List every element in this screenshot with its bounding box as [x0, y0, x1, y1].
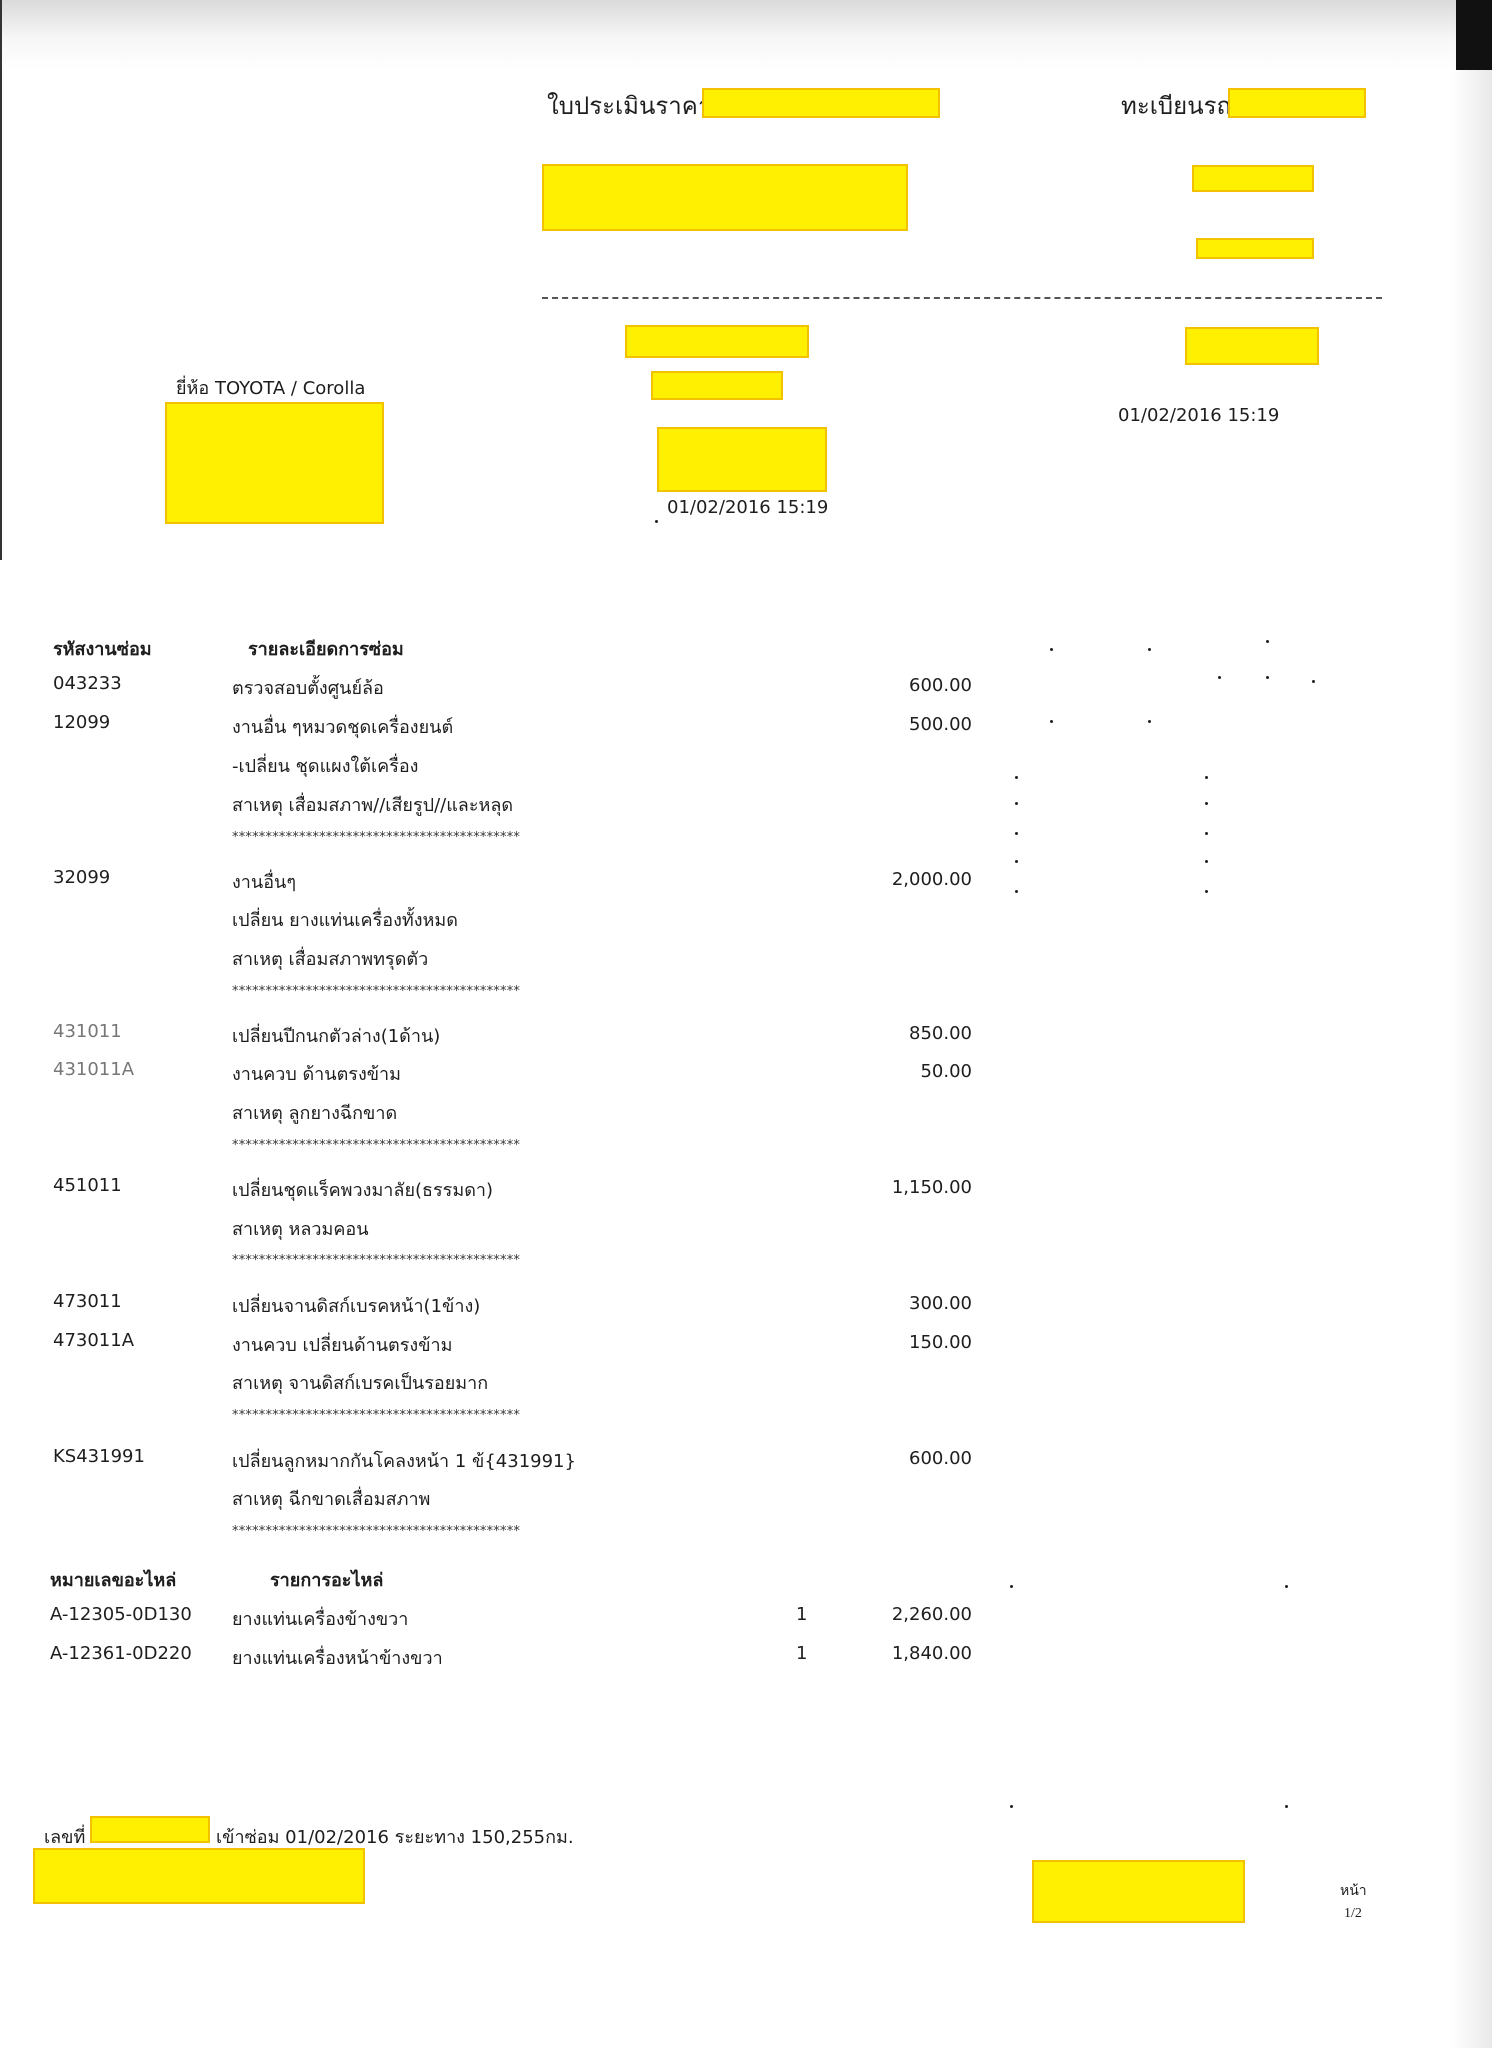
- repair-description: เปลี่ยนปีกนกตัวล่าง(1ด้าน): [232, 1021, 440, 1050]
- brand-model: ยี่ห้อ TOYOTA / Corolla: [176, 373, 365, 402]
- part-description: ยางแท่นเครื่องหน้าข้างขวา: [232, 1643, 443, 1672]
- repair-description: สาเหตุ หลวมคอน: [232, 1214, 369, 1243]
- speck: [1266, 640, 1269, 643]
- part-description: ยางแท่นเครื่องข้างขวา: [232, 1604, 408, 1633]
- part-number: A-12361-0D220: [50, 1643, 192, 1664]
- speck: [1205, 802, 1208, 805]
- speck: [1205, 860, 1208, 863]
- speck: [655, 520, 658, 523]
- col-header-repair-detail: รายละเอียดการซ่อม: [248, 634, 404, 663]
- repair-amount: 850.00: [909, 1023, 972, 1044]
- repair-code: 12099: [53, 712, 110, 733]
- col-header-part-number: หมายเลขอะไหล่: [50, 1565, 176, 1594]
- repair-code: 451011: [53, 1175, 122, 1196]
- repair-description: -เปลี่ยน ชุดแผงใต้เครื่อง: [232, 751, 418, 780]
- repair-code: 043233: [53, 673, 122, 694]
- redacted-quote-number: [702, 88, 940, 118]
- datetime-right: 01/02/2016 15:19: [1118, 405, 1279, 426]
- speck: [1015, 890, 1018, 893]
- repair-amount: 600.00: [909, 675, 972, 696]
- repair-description: เปลี่ยนชุดแร็คพวงมาลัย(ธรรมดา): [232, 1175, 493, 1204]
- repair-description: ตรวจสอบตั้งศูนย์ล้อ: [232, 673, 384, 702]
- redacted-field: [625, 325, 809, 358]
- repair-description: สาเหตุ ลูกยางฉีกขาด: [232, 1098, 397, 1127]
- section-separator: ****************************************…: [232, 1138, 520, 1153]
- speck: [1015, 832, 1018, 835]
- speck: [1218, 676, 1221, 679]
- speck: [1015, 776, 1018, 779]
- redacted-company-info: [542, 164, 908, 231]
- repair-description: สาเหตุ เสื่อมสภาพทรุดตัว: [232, 944, 428, 973]
- redacted-field: [657, 427, 827, 492]
- repair-amount: 150.00: [909, 1332, 972, 1353]
- part-number: A-12305-0D130: [50, 1604, 192, 1625]
- repair-code: 431011: [53, 1021, 122, 1042]
- speck: [1266, 676, 1269, 679]
- redacted-field: [1192, 165, 1314, 192]
- speck: [1050, 648, 1053, 651]
- section-separator: ****************************************…: [232, 1524, 520, 1539]
- repair-amount: 300.00: [909, 1293, 972, 1314]
- speck: [1148, 648, 1151, 651]
- scan-shadow-top: [0, 0, 1492, 70]
- scan-shadow-right: [1452, 0, 1492, 2048]
- part-quantity: 1: [796, 1604, 807, 1625]
- speck: [1205, 890, 1208, 893]
- speck: [1285, 1805, 1288, 1808]
- repair-amount: 50.00: [920, 1061, 972, 1082]
- part-amount: 1,840.00: [892, 1643, 972, 1664]
- section-separator: ****************************************…: [232, 830, 520, 845]
- section-separator: ****************************************…: [232, 1408, 520, 1423]
- service-info: เข้าซ่อม 01/02/2016 ระยะทาง 150,255กม.: [216, 1822, 574, 1851]
- repair-description: งานอื่นๆ: [232, 867, 296, 896]
- redacted-field: [651, 371, 783, 400]
- repair-code: 431011A: [53, 1059, 134, 1080]
- repair-description: สาเหตุ จานดิสก์เบรคเป็นรอยมาก: [232, 1368, 488, 1397]
- part-amount: 2,260.00: [892, 1604, 972, 1625]
- repair-amount: 600.00: [909, 1448, 972, 1469]
- part-quantity: 1: [796, 1643, 807, 1664]
- speck: [1010, 1805, 1013, 1808]
- speck: [1205, 776, 1208, 779]
- repair-description: งานควบ ด้านตรงข้าม: [232, 1059, 401, 1088]
- doc-number-label: เลขที่: [44, 1822, 85, 1851]
- repair-code: KS431991: [53, 1446, 145, 1467]
- repair-code: 473011A: [53, 1330, 134, 1351]
- speck: [1148, 720, 1151, 723]
- speck: [1312, 680, 1315, 683]
- speck: [1285, 1585, 1288, 1588]
- repair-description: เปลี่ยนจานดิสก์เบรคหน้า(1ข้าง): [232, 1291, 480, 1320]
- redacted-plate-number: [1228, 88, 1366, 118]
- repair-amount: 1,150.00: [892, 1177, 972, 1198]
- repair-description: งานควบ เปลี่ยนด้านตรงข้าม: [232, 1330, 452, 1359]
- redacted-field: [1196, 238, 1314, 259]
- repair-amount: 500.00: [909, 714, 972, 735]
- redacted-signature: [33, 1848, 365, 1904]
- repair-description: สาเหตุ ฉีกขาดเสื่อมสภาพ: [232, 1484, 430, 1513]
- col-header-part-list: รายการอะไหล่: [270, 1565, 383, 1594]
- plate-label: ทะเบียนรถ: [1121, 86, 1231, 125]
- section-separator: ****************************************…: [232, 1253, 520, 1268]
- speck: [1015, 802, 1018, 805]
- repair-description: สาเหตุ เสื่อมสภาพ//เสียรูป//และหลุด: [232, 790, 513, 819]
- scan-corner: [1456, 0, 1492, 70]
- col-header-repair-code: รหัสงานซ่อม: [53, 634, 152, 663]
- speck: [1050, 720, 1053, 723]
- redacted-doc-number: [90, 1816, 210, 1843]
- scan-edge-left: [0, 0, 2, 560]
- speck: [1010, 1585, 1013, 1588]
- redacted-stamp: [1032, 1860, 1245, 1923]
- page-label: หน้า: [1340, 1880, 1367, 1902]
- speck: [1205, 832, 1208, 835]
- repair-description: เปลี่ยน ยางแท่นเครื่องทั้งหมด: [232, 905, 458, 934]
- section-separator: ****************************************…: [232, 984, 520, 999]
- repair-code: 32099: [53, 867, 110, 888]
- speck: [1015, 860, 1018, 863]
- repair-description: เปลี่ยนลูกหมากกันโคลงหน้า 1 ข้{431991}: [232, 1446, 576, 1475]
- redacted-customer-info: [165, 402, 384, 524]
- datetime-center: 01/02/2016 15:19: [667, 497, 828, 518]
- repair-code: 473011: [53, 1291, 122, 1312]
- repair-description: งานอื่น ๆหมวดชุดเครื่องยนต์: [232, 712, 453, 741]
- redacted-field: [1185, 327, 1319, 365]
- document-title: ใบประเมินราคา: [547, 86, 711, 125]
- page-number: 1/2: [1344, 1906, 1362, 1922]
- header-divider: [542, 297, 1382, 299]
- repair-amount: 2,000.00: [892, 869, 972, 890]
